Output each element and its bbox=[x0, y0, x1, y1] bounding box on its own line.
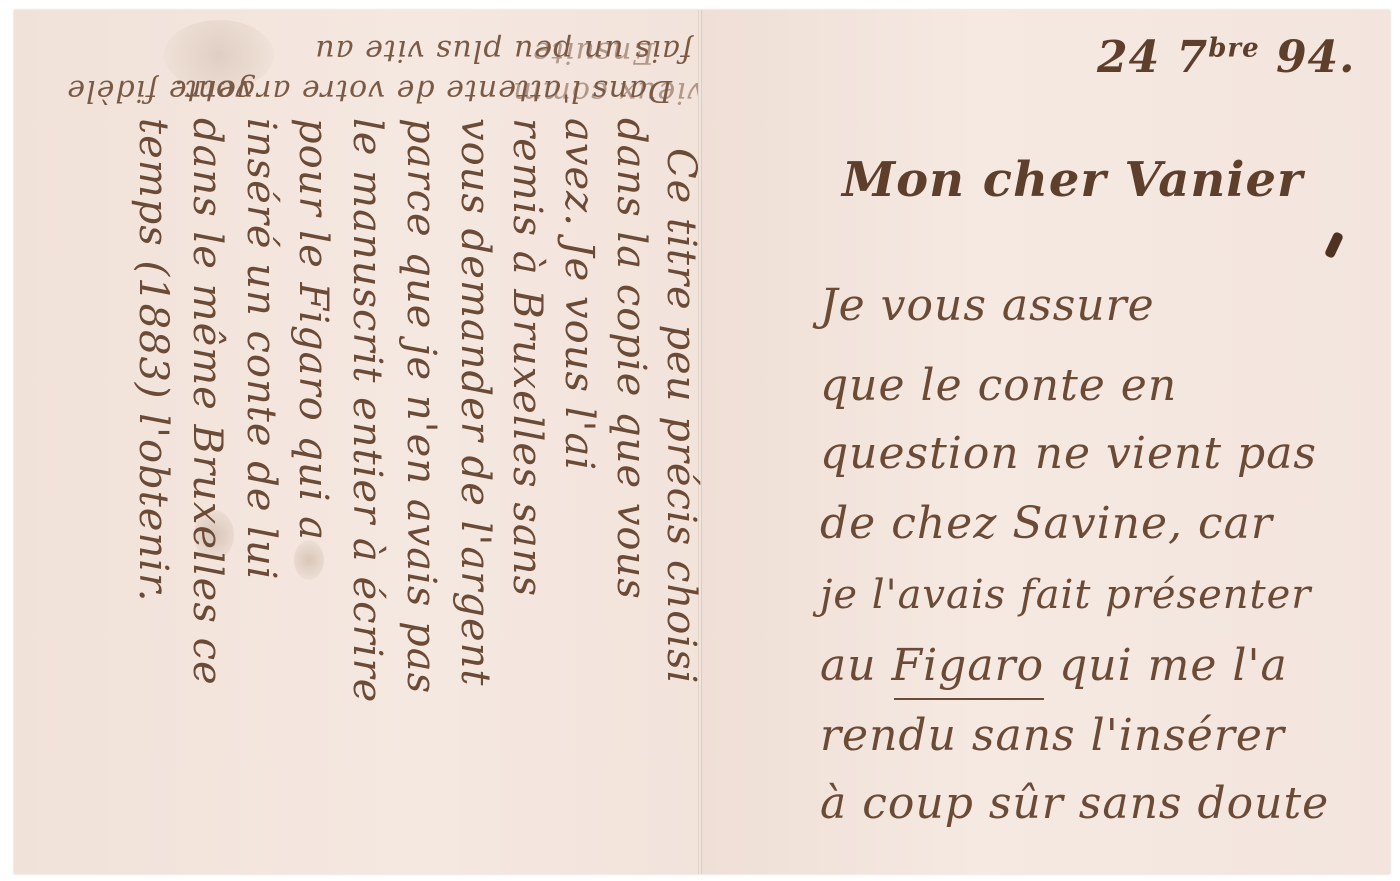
salutation-comma bbox=[1324, 231, 1344, 259]
right-page: 24 7bre 94. Mon cher Vanier Je vous assu… bbox=[702, 10, 1390, 874]
rotated-line: inséré un conte de lui bbox=[238, 118, 284, 581]
body-line: à coup sûr sans doute bbox=[820, 778, 1329, 829]
body-line: Je vous assure bbox=[820, 280, 1155, 331]
rotated-line: temps (1883) l'obtenir. bbox=[130, 118, 176, 602]
rotated-line: le manuscrit entier à écrire bbox=[344, 118, 390, 703]
rotated-line: dans la copie que vous bbox=[608, 118, 654, 600]
rotated-line: dans le même Bruxelles ce bbox=[184, 118, 230, 686]
rotated-line: remis à Bruxelles sans bbox=[504, 118, 550, 597]
salutation: Mon cher Vanier bbox=[842, 152, 1303, 208]
postscript-line: votre fidèle bbox=[66, 73, 252, 108]
postscript-line: fais un peu plus vite au bbox=[314, 33, 692, 68]
body-line-figaro: au Figaro qui me l'a bbox=[820, 640, 1288, 691]
body-line: question ne vient pas bbox=[820, 428, 1317, 479]
body-line: que le conte en bbox=[820, 360, 1177, 411]
letter-date: 24 7bre 94. bbox=[1097, 32, 1356, 83]
rotated-line: parce que je n'en avais pas bbox=[398, 118, 444, 694]
upside-down-postscript: Ensuite vieux comm fais un peu plus vite… bbox=[32, 20, 692, 130]
body-line: de chez Savine, car bbox=[820, 498, 1273, 549]
body-line: je l'avais fait présenter bbox=[820, 572, 1311, 618]
rotated-letter-body: Ce titre peu précis choisi dans la copie… bbox=[44, 118, 704, 878]
body-line: rendu sans l'insérer bbox=[820, 710, 1285, 761]
letter-sheet: Ensuite vieux comm fais un peu plus vite… bbox=[14, 10, 1390, 874]
rotated-line: vous demander de l'argent bbox=[452, 118, 498, 686]
rotated-line: avez. Je vous l'ai bbox=[556, 118, 602, 471]
rotated-line: pour le Figaro qui a bbox=[290, 118, 336, 541]
figaro-underline bbox=[894, 698, 1044, 700]
rotated-line: Ce titre peu précis choisi bbox=[658, 148, 704, 684]
